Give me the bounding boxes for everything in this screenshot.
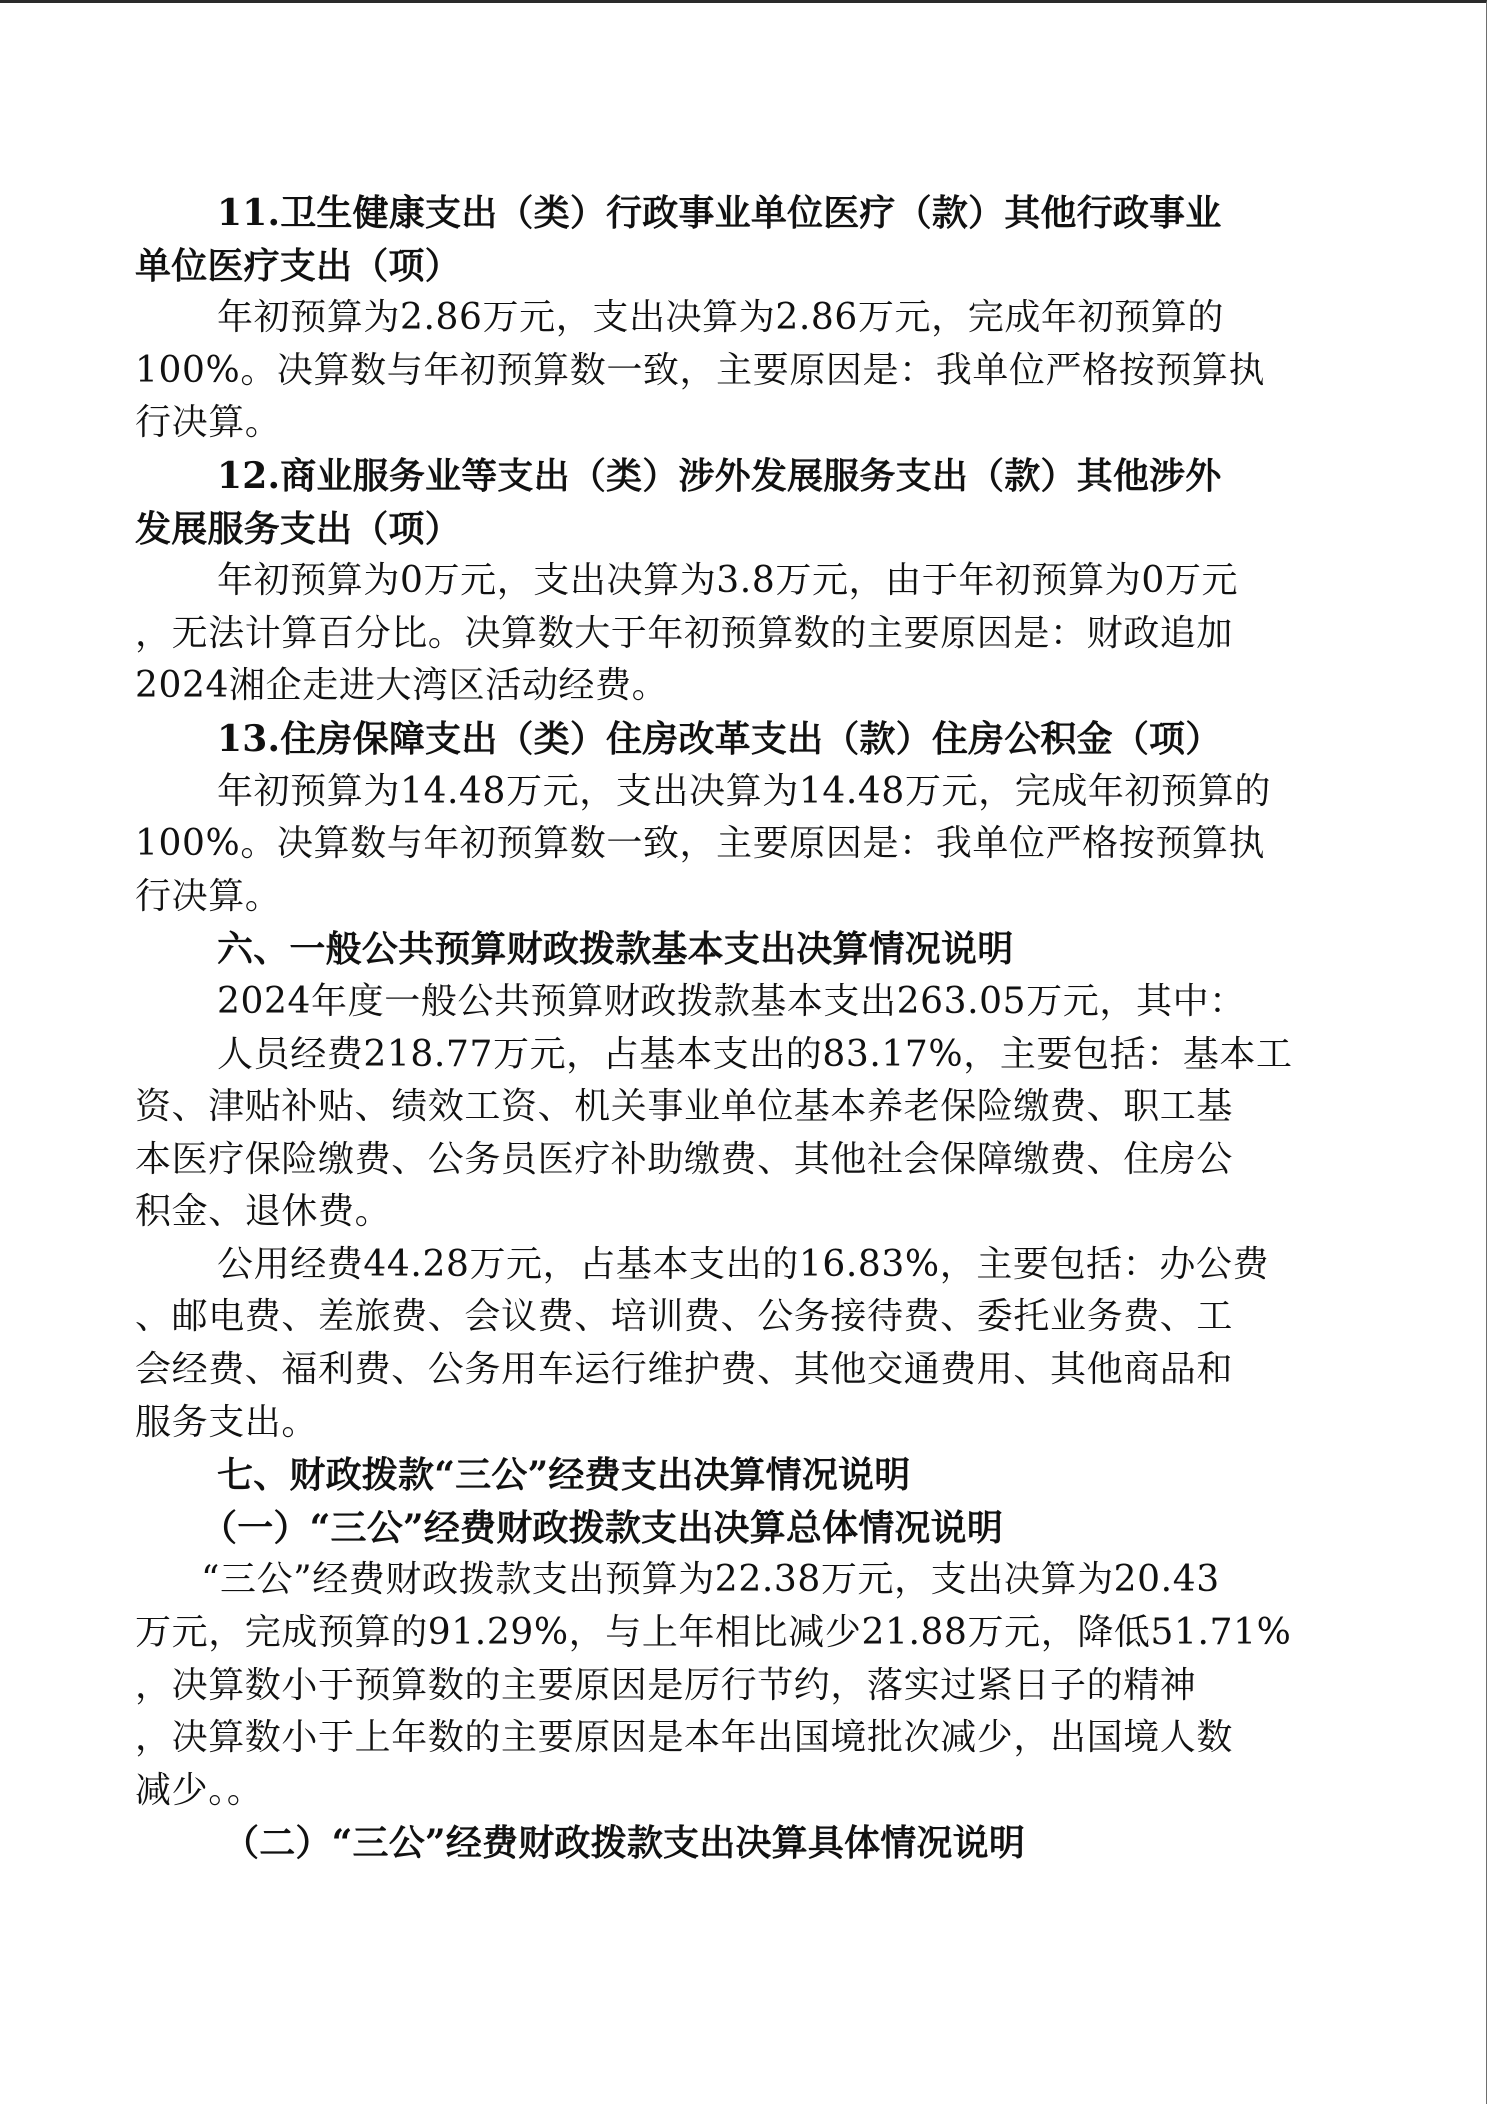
section-6-summary: 2024年度一般公共预算财政拨款基本支出263.05万元，其中： (135, 976, 1355, 1029)
paragraph-line: ，决算数小于上年数的主要原因是本年出国境批次减少，出国境人数 (135, 1712, 1355, 1765)
paragraph-line: “三公”经费财政拨款支出预算为22.38万元，支出决算为20.43 (135, 1554, 1355, 1607)
section-6-public-paragraph: 公用经费44.28万元，占基本支出的16.83%，主要包括：办公费 、邮电费、差… (135, 1239, 1355, 1449)
subheading-line: （一）“三公”经费财政拨款支出决算总体情况说明 (135, 1502, 1355, 1555)
paragraph-line: 行决算。 (135, 871, 1355, 924)
heading-line: 单位医疗支出（项） (135, 240, 1355, 293)
paragraph-line: 资、津贴补贴、绩效工资、机关事业单位基本养老保险缴费、职工基 (135, 1081, 1355, 1134)
section-7-heading: 七、财政拨款“三公”经费支出决算情况说明 (135, 1449, 1355, 1502)
item-13-heading: 13.住房保障支出（类）住房改革支出（款）住房公积金（项） (135, 713, 1355, 766)
paragraph-line: 年初预算为2.86万元，支出决算为2.86万元，完成年初预算的 (135, 292, 1355, 345)
paragraph-line: 、邮电费、差旅费、会议费、培训费、公务接待费、委托业务费、工 (135, 1291, 1355, 1344)
paragraph-line: 公用经费44.28万元，占基本支出的16.83%，主要包括：办公费 (135, 1239, 1355, 1292)
paragraph-line: 100%。决算数与年初预算数一致，主要原因是：我单位严格按预算执 (135, 345, 1355, 398)
paragraph-line: ，无法计算百分比。决算数大于年初预算数的主要原因是：财政追加 (135, 608, 1355, 661)
paragraph-line: 年初预算为0万元，支出决算为3.8万元，由于年初预算为0万元 (135, 555, 1355, 608)
heading-line: 13.住房保障支出（类）住房改革支出（款）住房公积金（项） (135, 713, 1355, 766)
section-6-heading: 六、一般公共预算财政拨款基本支出决算情况说明 (135, 923, 1355, 976)
paragraph-line: 人员经费218.77万元，占基本支出的83.17%，主要包括：基本工 (135, 1029, 1355, 1082)
paragraph-line: 本医疗保险缴费、公务员医疗补助缴费、其他社会保障缴费、住房公 (135, 1134, 1355, 1187)
item-12-paragraph: 年初预算为0万元，支出决算为3.8万元，由于年初预算为0万元 ，无法计算百分比。… (135, 555, 1355, 713)
heading-line: 发展服务支出（项） (135, 503, 1355, 556)
item-11-paragraph: 年初预算为2.86万元，支出决算为2.86万元，完成年初预算的 100%。决算数… (135, 292, 1355, 450)
paragraph-line: 年初预算为14.48万元，支出决算为14.48万元，完成年初预算的 (135, 766, 1355, 819)
section-7-1-paragraph: “三公”经费财政拨款支出预算为22.38万元，支出决算为20.43 万元，完成预… (135, 1554, 1355, 1817)
paragraph-line: 服务支出。 (135, 1397, 1355, 1450)
item-12-heading: 12.商业服务业等支出（类）涉外发展服务支出（款）其他涉外 发展服务支出（项） (135, 450, 1355, 555)
paragraph-line: 减少。。 (135, 1765, 1355, 1818)
item-11-heading: 11.卫生健康支出（类）行政事业单位医疗（款）其他行政事业 单位医疗支出（项） (135, 187, 1355, 292)
paragraph-line: 2024湘企走进大湾区活动经费。 (135, 660, 1355, 713)
paragraph-line: 万元，完成预算的91.29%，与上年相比减少21.88万元，降低51.71% (135, 1607, 1355, 1660)
paragraph-line: 积金、退休费。 (135, 1186, 1355, 1239)
section-7-2-subheading: （二）“三公”经费财政拨款支出决算具体情况说明 (135, 1817, 1355, 1870)
document-body: 11.卫生健康支出（类）行政事业单位医疗（款）其他行政事业 单位医疗支出（项） … (135, 187, 1355, 1870)
paragraph-line: 行决算。 (135, 397, 1355, 450)
heading-line: 六、一般公共预算财政拨款基本支出决算情况说明 (135, 923, 1355, 976)
section-6-personnel-paragraph: 人员经费218.77万元，占基本支出的83.17%，主要包括：基本工 资、津贴补… (135, 1029, 1355, 1239)
item-13-paragraph: 年初预算为14.48万元，支出决算为14.48万元，完成年初预算的 100%。决… (135, 766, 1355, 924)
heading-line: 12.商业服务业等支出（类）涉外发展服务支出（款）其他涉外 (135, 450, 1355, 503)
section-7-1-subheading: （一）“三公”经费财政拨款支出决算总体情况说明 (135, 1502, 1355, 1555)
paragraph-line: 100%。决算数与年初预算数一致，主要原因是：我单位严格按预算执 (135, 818, 1355, 871)
paragraph-line: ，决算数小于预算数的主要原因是厉行节约，落实过紧日子的精神 (135, 1660, 1355, 1713)
subheading-line: （二）“三公”经费财政拨款支出决算具体情况说明 (135, 1817, 1355, 1870)
document-page: 11.卫生健康支出（类）行政事业单位医疗（款）其他行政事业 单位医疗支出（项） … (0, 0, 1487, 2104)
paragraph-line: 2024年度一般公共预算财政拨款基本支出263.05万元，其中： (135, 976, 1355, 1029)
heading-line: 七、财政拨款“三公”经费支出决算情况说明 (135, 1449, 1355, 1502)
paragraph-line: 会经费、福利费、公务用车运行维护费、其他交通费用、其他商品和 (135, 1344, 1355, 1397)
heading-line: 11.卫生健康支出（类）行政事业单位医疗（款）其他行政事业 (135, 187, 1355, 240)
